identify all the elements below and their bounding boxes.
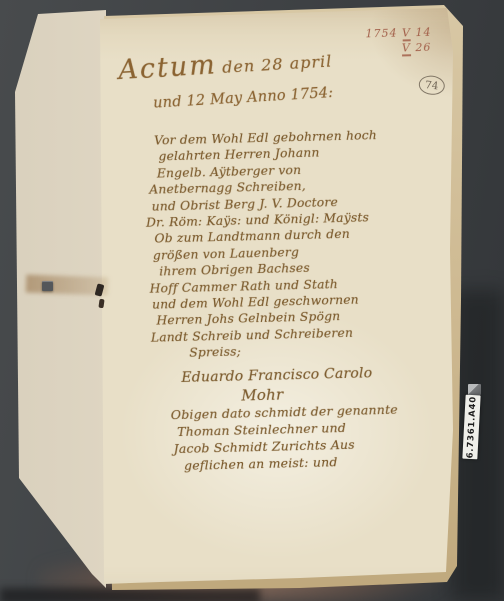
shelfmark-text: 6.7361.A40 bbox=[465, 396, 478, 459]
manuscript-photo: 1754 V 14 V 26 74 Actum den 28 april und… bbox=[0, 0, 504, 601]
label-clip bbox=[468, 384, 481, 395]
binding-fastener bbox=[42, 281, 53, 291]
bottom-shadow bbox=[0, 588, 260, 601]
